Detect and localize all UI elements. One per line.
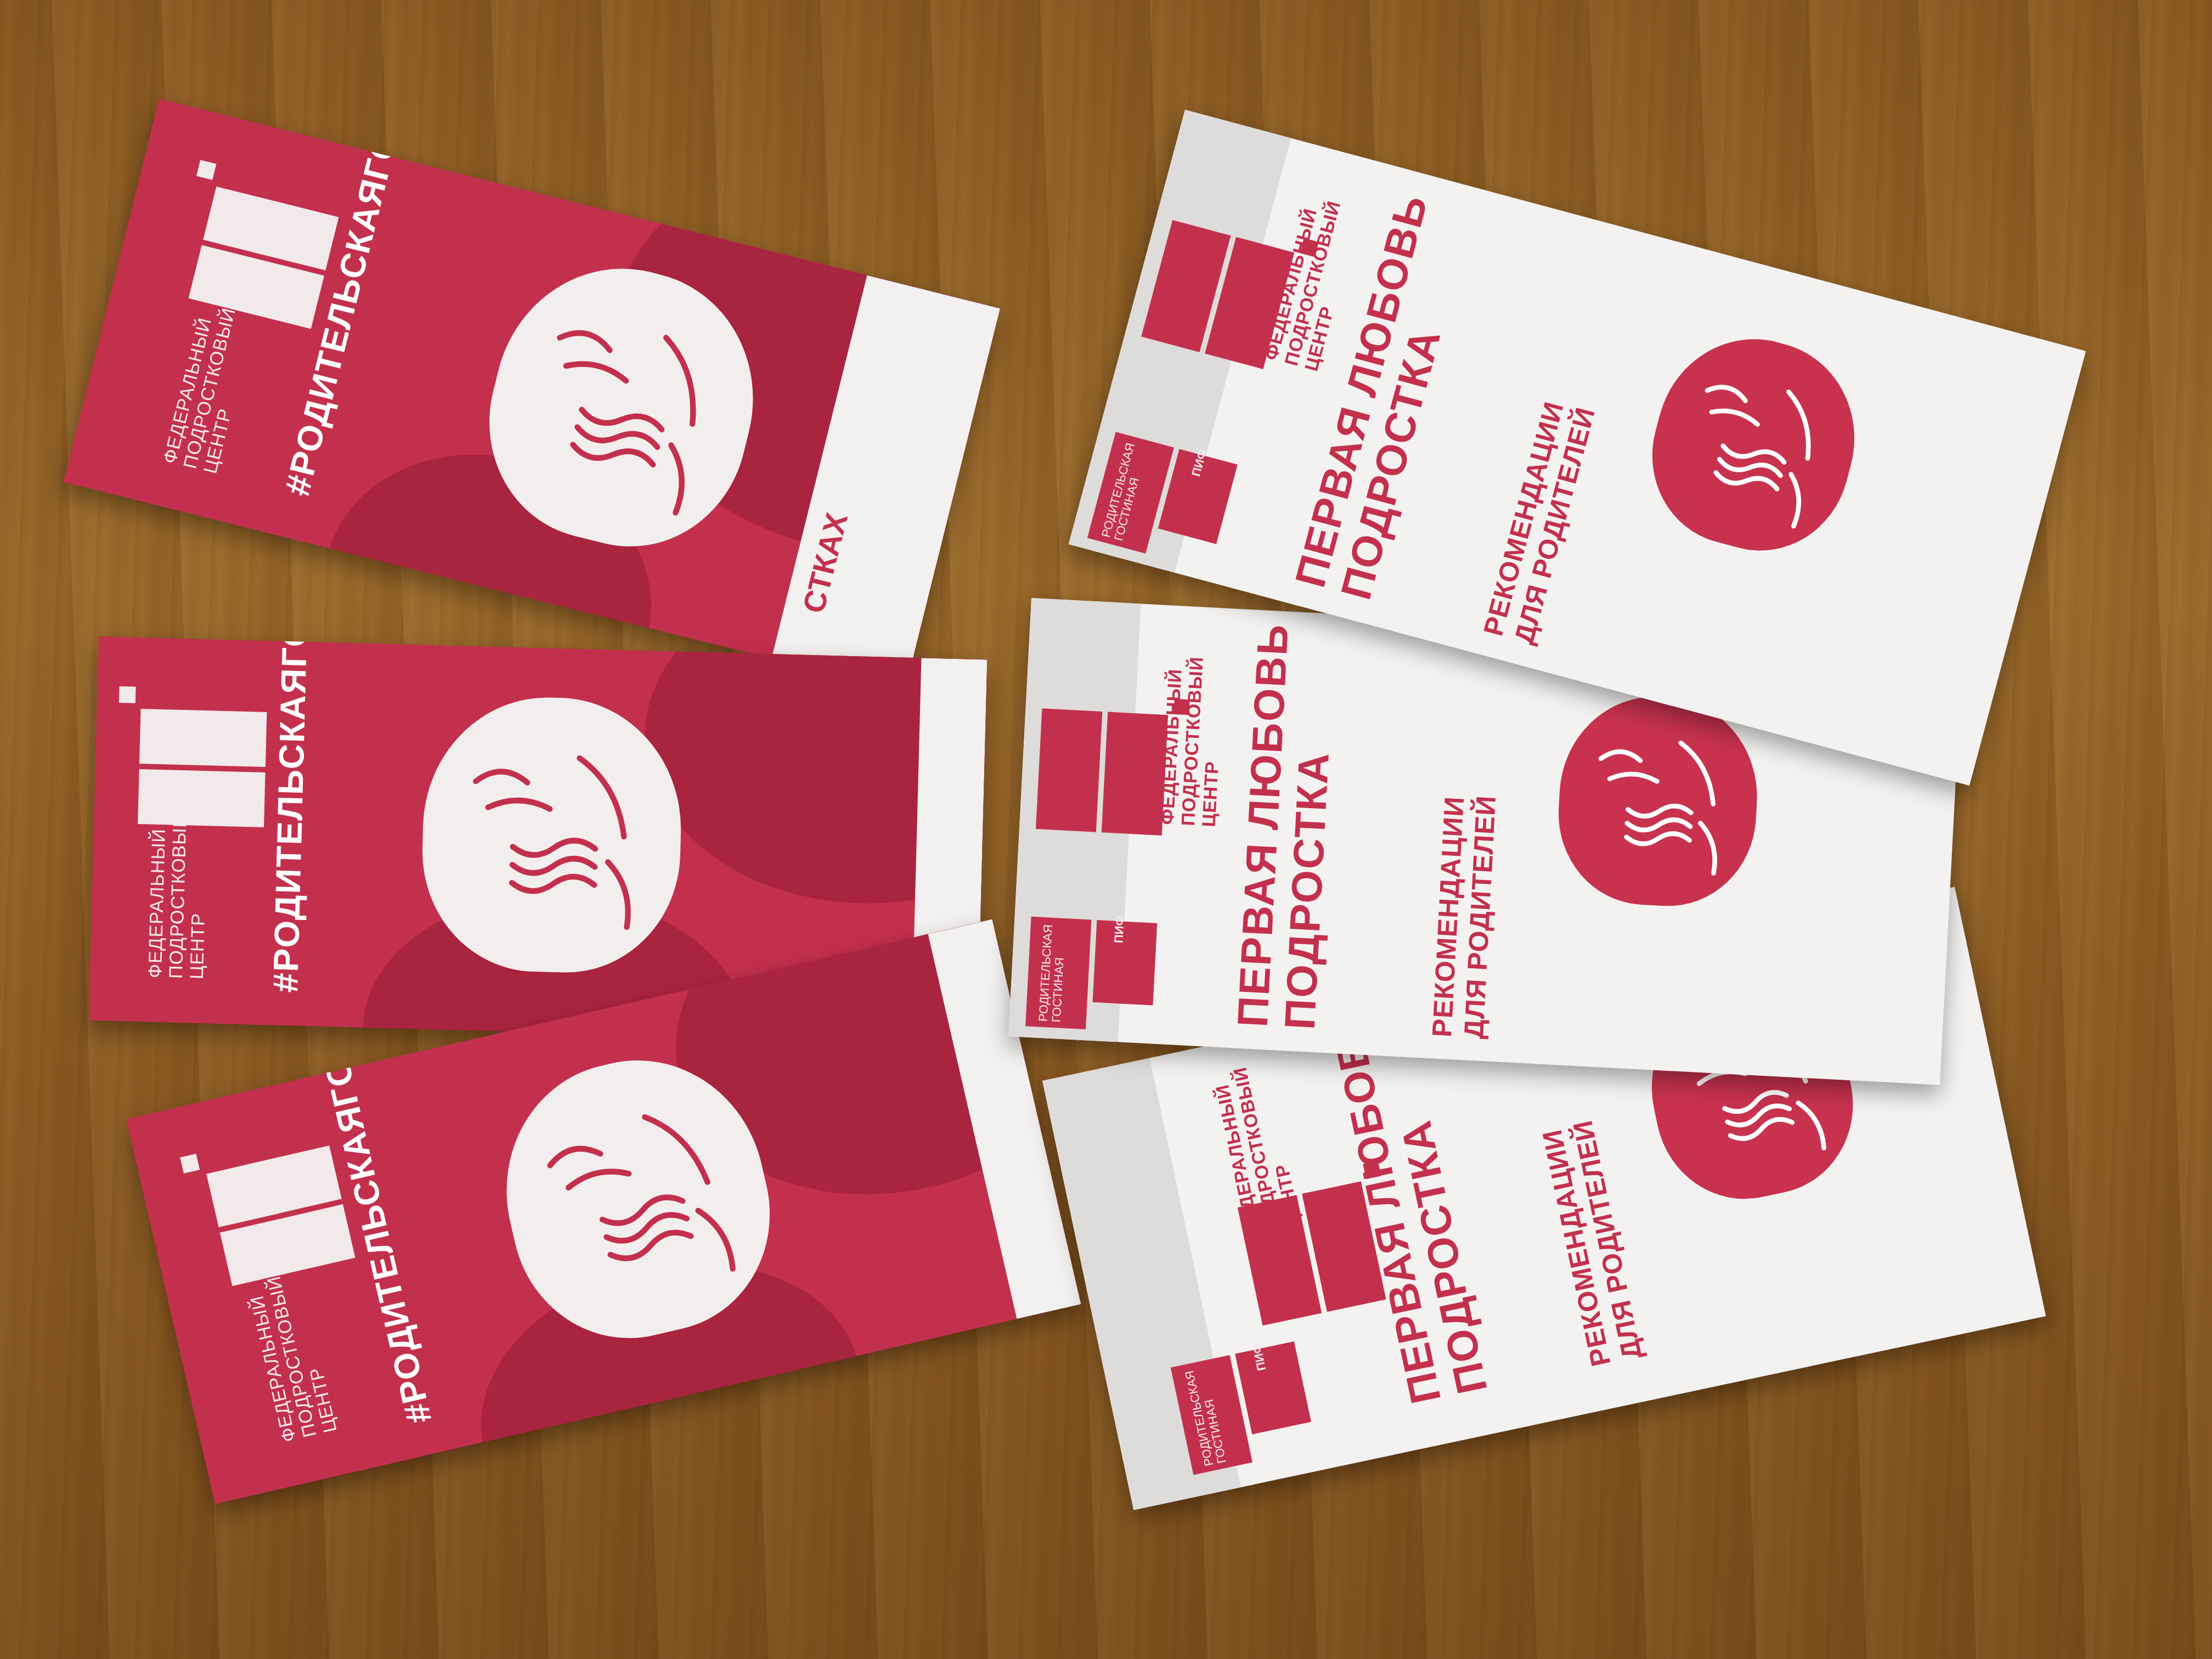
cat-covering-eyes-icon xyxy=(1632,318,1877,570)
cat-covering-eyes-icon xyxy=(1554,692,1762,910)
org-name: ФЕДЕРАЛЬНЫЙ ПОДРОСТКОВЫЙ ЦЕНТР xyxy=(1209,1061,1306,1240)
partner-logo-text: ПИФ xyxy=(1112,915,1127,944)
red-brochure-1: СТКАХ ФЕДЕРАЛЬНЫЙ ПОДРОСТКОВЫЙ ЦЕНТР #РО… xyxy=(64,99,1000,692)
brochure-subtitle: РЕКОМЕНДАЦИИ ДЛЯ РОДИТЕЛЕЙ xyxy=(1536,1118,1649,1369)
fpc-logo xyxy=(138,698,278,827)
brochure-title: ПЕРВАЯ ЛЮБОВЬ ПОДРОСТКА xyxy=(1229,622,1344,1031)
logo-dot xyxy=(119,686,136,703)
brochure-subtitle: РЕКОМЕНДАЦИИ ДЛЯ РОДИТЕЛЕЙ xyxy=(1477,396,1601,647)
org-name: ФЕДЕРАЛЬНЫЙ ПОДРОСТКОВЫЙ ЦЕНТР xyxy=(145,813,212,980)
partner-logo-caption: РОДИТЕЛЬСКАЯ ГОСТИНАЯ xyxy=(1037,924,1068,1023)
brochure-subtitle: РЕКОМЕНДАЦИИ ДЛЯ РОДИТЕЛЕЙ xyxy=(1426,793,1502,1040)
logo-dot xyxy=(180,1154,200,1173)
cat-covering-eyes-icon xyxy=(419,695,684,975)
hashtag: #РОДИТЕЛЬСКАЯГОСТИНАЯ xyxy=(265,636,319,993)
logo-block xyxy=(139,709,267,767)
org-name: ФЕДЕРАЛЬНЫЙ ПОДРОСТКОВЫЙ ЦЕНТР xyxy=(243,1269,341,1444)
org-name: ФЕДЕРАЛЬНЫЙ ПОДРОСТКОВЫЙ ЦЕНТР xyxy=(159,301,259,476)
logo-block xyxy=(1036,708,1102,832)
org-name: ФЕДЕРАЛЬНЫЙ ПОДРОСТКОВЫЙ ЦЕНТР xyxy=(1157,655,1228,828)
logo-block xyxy=(1235,1341,1311,1435)
logo-dot xyxy=(196,160,216,180)
